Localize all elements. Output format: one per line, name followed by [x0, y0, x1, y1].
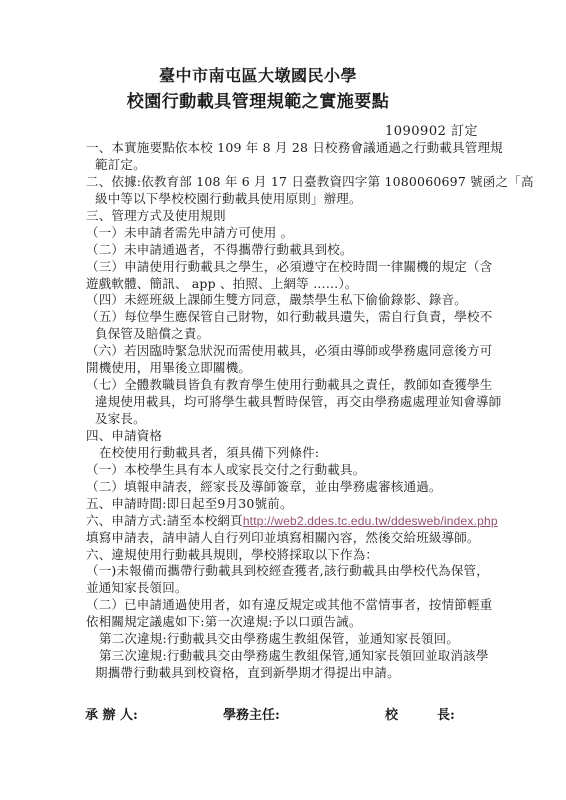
body-line: （五）每位學生應保管自己財物，如行動載具遺失，需自行負責，學校不: [0, 309, 566, 326]
document-body: 一、本實施要點依本校 109 年 8 月 28 日校務會議通過之行動載具管理規範…: [0, 140, 566, 682]
body-line: （四）未經班級上課師生雙方同意，嚴禁學生私下偷偷錄影、錄音。: [0, 292, 566, 309]
body-line: 遊戲軟體、簡訊、 app 、拍照、上網等 ……）。: [0, 276, 566, 293]
school-website-link[interactable]: http://web2.ddes.tc.edu.tw/ddesweb/index…: [243, 514, 498, 528]
body-line: 開機使用，用畢後立即關機。: [0, 360, 566, 377]
body-line: 六、違規使用行動載具規則，學校將採取以下作為：: [0, 547, 566, 564]
body-line: （一）本校學生具有本人或家長交付之行動載具。: [0, 462, 566, 479]
body-line: 範訂定。: [0, 157, 566, 174]
body-line: 四、申請資格: [0, 428, 566, 445]
body-line: （三）申請使用行動載具之學生，必須遵守在校時間一律關機的規定（含: [0, 259, 566, 276]
body-line: 一、本實施要點依本校 109 年 8 月 28 日校務會議通過之行動載具管理規: [0, 140, 566, 157]
signer-principal-label: 校 長:: [385, 704, 455, 723]
body-line: 並通知家長領回。: [0, 580, 566, 597]
body-line: （二）未申請通過者，不得攜帶行動載具到校。: [0, 242, 566, 259]
document-subtitle: 校園行動載具管理規範之實施要點: [0, 89, 516, 115]
body-line: 級中等以下學校校園行動載具使用原則」辦理。: [0, 191, 566, 208]
signer-academic-director-label: 學務主任:: [223, 704, 280, 723]
body-line: 填寫申請表，請申請人自行列印並填寫相關內容，然後交給班級導師。: [0, 530, 566, 547]
body-line: 二、依據:依教育部 108 年 6 月 17 日臺教資四字第 108006069…: [0, 174, 566, 191]
body-line: 三、管理方式及使用規則: [0, 208, 566, 225]
body-line: 第三次違規:行動載具交由學務處生教組保管,通知家長領回並取消該學: [0, 648, 566, 665]
body-line: 在校使用行動載具者，須具備下列條件:: [0, 445, 566, 462]
body-line: 負保管及賠償之責。: [0, 326, 566, 343]
body-line: （二）已申請通過使用者，如有違反規定或其他不當情事者，按情節輕重: [0, 597, 566, 614]
document-page: 臺中市南屯區大墩國民小學 校園行動載具管理規範之實施要點 1090902 訂定 …: [0, 0, 566, 800]
body-line: 及家長。: [0, 411, 566, 428]
body-line: （六）若因臨時緊急狀況而需使用載具，必須由導師或學務處同意後方可: [0, 343, 566, 360]
body-line: 期攜帶行動載具到校資格，直到新學期才得提出申請。: [0, 665, 566, 682]
body-line-text: 六、申請方式:請至本校網頁: [86, 513, 243, 528]
body-line: 六、申請方式:請至本校網頁http://web2.ddes.tc.edu.tw/…: [0, 513, 566, 530]
signer-undertaker-label: 承 辦 人:: [85, 704, 138, 723]
body-line: 違規使用載具，均可將學生載具暫時保管，再交由學務處處理並知會導師: [0, 394, 566, 411]
body-line: （一)未報備而攜帶行動載具到校經查獲者,該行動載具由學校代為保管，: [0, 563, 566, 580]
body-line: （七）全體教職員皆負有教育學生使用行動載具之責任，教師如查獲學生: [0, 377, 566, 394]
body-line: 依相關規定議處如下:第一次違規:予以口頭告誡。: [0, 614, 566, 631]
document-title: 臺中市南屯區大墩國民小學: [0, 63, 516, 89]
body-line: 五、申請時間:即日起至9月30號前。: [0, 496, 566, 513]
body-line: （二）填報申請表，經家長及導師簽章，並由學務處審核通過。: [0, 479, 566, 496]
revision-date: 1090902 訂定: [385, 120, 478, 139]
body-line: 第二次違規:行動載具交由學務處生教組保管，並通知家長領回。: [0, 631, 566, 648]
body-line: （一）未申請者需先申請方可使用 。: [0, 225, 566, 242]
document-header: 臺中市南屯區大墩國民小學 校園行動載具管理規範之實施要點: [0, 63, 516, 115]
